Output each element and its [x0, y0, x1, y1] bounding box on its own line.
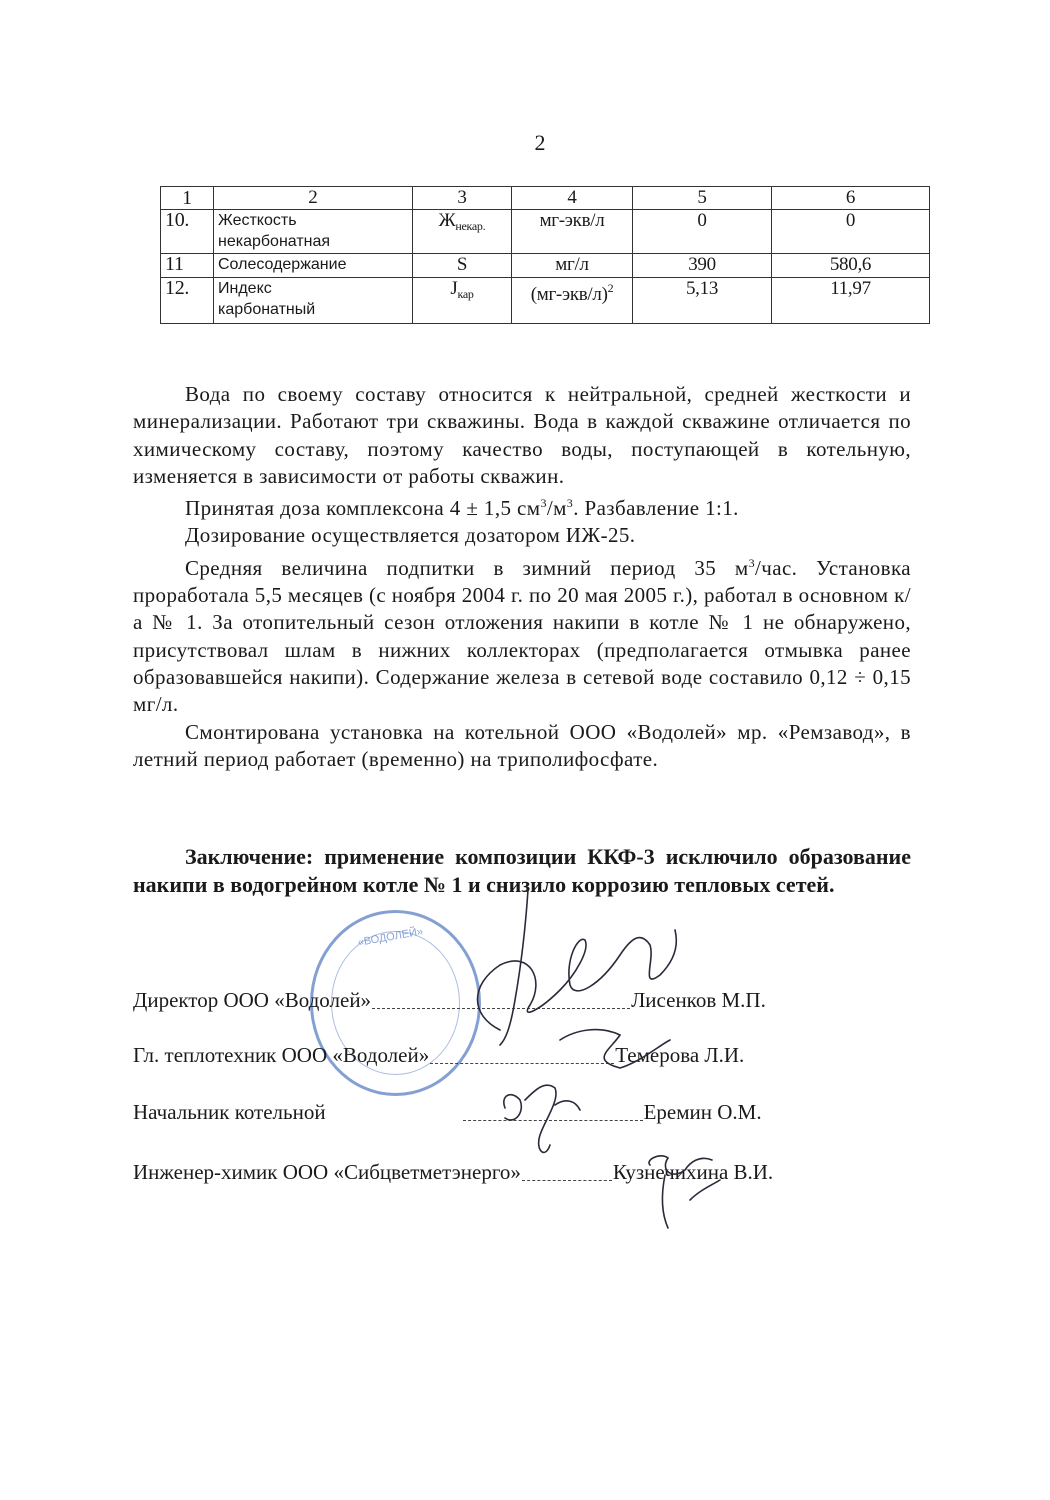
table-row: 11 Солесодержание S мг/л 390 580,6: [161, 254, 930, 278]
signatory-name: Еремин О.М.: [644, 1100, 762, 1125]
signatory-name: Кузнечихина В.И.: [613, 1160, 773, 1185]
parameter-symbol: S: [413, 254, 512, 278]
signatory-position: Инженер-химик ООО «Сибцветметэнерго»: [133, 1160, 521, 1185]
signature-line: [522, 1179, 612, 1181]
parameter-name: Индекскарбонатный: [214, 278, 413, 324]
paragraph-dosing: Дозирование осуществляется дозатором ИЖ-…: [133, 522, 911, 549]
paragraph-installation: Смонтирована установка на котельной ООО …: [133, 719, 911, 774]
row-number: 10.: [161, 210, 214, 254]
header-cell: 4: [512, 187, 633, 210]
signature-row-heat-engineer: Гл. теплотехник ООО «Водолей» Темерова Л…: [133, 1043, 744, 1068]
header-cell: 6: [772, 187, 930, 210]
signature-line: [430, 1062, 614, 1064]
water-analysis-table: 1 2 3 4 5 6 10. Жесткостьнекарбонатная Ж…: [160, 186, 930, 324]
header-cell: 5: [633, 187, 772, 210]
row-number: 12.: [161, 278, 214, 324]
signature-row-director: Директор ООО «Водолей» Лисенков М.П.: [133, 988, 766, 1013]
body-text: Вода по своему составу относится к нейтр…: [133, 381, 911, 773]
value-col6: 0: [772, 210, 930, 254]
parameter-unit: мг/л: [512, 254, 633, 278]
signature-line: [463, 1119, 643, 1121]
paragraph-dose: Принятая доза комплексона 4 ± 1,5 см3/м3…: [133, 490, 911, 522]
signature-line: [372, 1007, 630, 1009]
parameter-symbol: Жнекар.: [413, 210, 512, 254]
paragraph-water-composition: Вода по своему составу относится к нейтр…: [133, 381, 911, 490]
signature-row-boiler-chief: Начальник котельной Еремин О.М.: [133, 1100, 762, 1125]
value-col5: 0: [633, 210, 772, 254]
signature-row-chemist: Инженер-химик ООО «Сибцветметэнерго» Куз…: [133, 1160, 773, 1185]
table-header-row: 1 2 3 4 5 6: [161, 187, 930, 210]
page-number: 2: [0, 130, 1050, 156]
parameter-name: Солесодержание: [214, 254, 413, 278]
parameter-unit: (мг-экв/л)2: [512, 278, 633, 324]
header-cell: 3: [413, 187, 512, 210]
paragraph-operation: Средняя величина подпитки в зимний перио…: [133, 550, 911, 719]
signatory-position: Гл. теплотехник ООО «Водолей»: [133, 1043, 429, 1068]
conclusion-label: Заключение:: [185, 844, 313, 869]
parameter-unit: мг-экв/л: [512, 210, 633, 254]
signatory-position: Начальник котельной: [133, 1100, 326, 1125]
header-cell: 2: [214, 187, 413, 210]
table-row: 12. Индекскарбонатный Jкар (мг-экв/л)2 5…: [161, 278, 930, 324]
signatory-name: Лисенков М.П.: [631, 988, 766, 1013]
parameter-name: Жесткостьнекарбонатная: [214, 210, 413, 254]
value-col5: 5,13: [633, 278, 772, 324]
header-cell: 1: [161, 187, 214, 210]
parameter-symbol: Jкар: [413, 278, 512, 324]
row-number: 11: [161, 254, 214, 278]
signatory-name: Темерова Л.И.: [615, 1043, 744, 1068]
value-col6: 580,6: [772, 254, 930, 278]
value-col6: 11,97: [772, 278, 930, 324]
value-col5: 390: [633, 254, 772, 278]
signatory-position: Директор ООО «Водолей»: [133, 988, 371, 1013]
table-row: 10. Жесткостьнекарбонатная Жнекар. мг-эк…: [161, 210, 930, 254]
conclusion: Заключение: применение композиции ККФ-3 …: [133, 843, 911, 898]
